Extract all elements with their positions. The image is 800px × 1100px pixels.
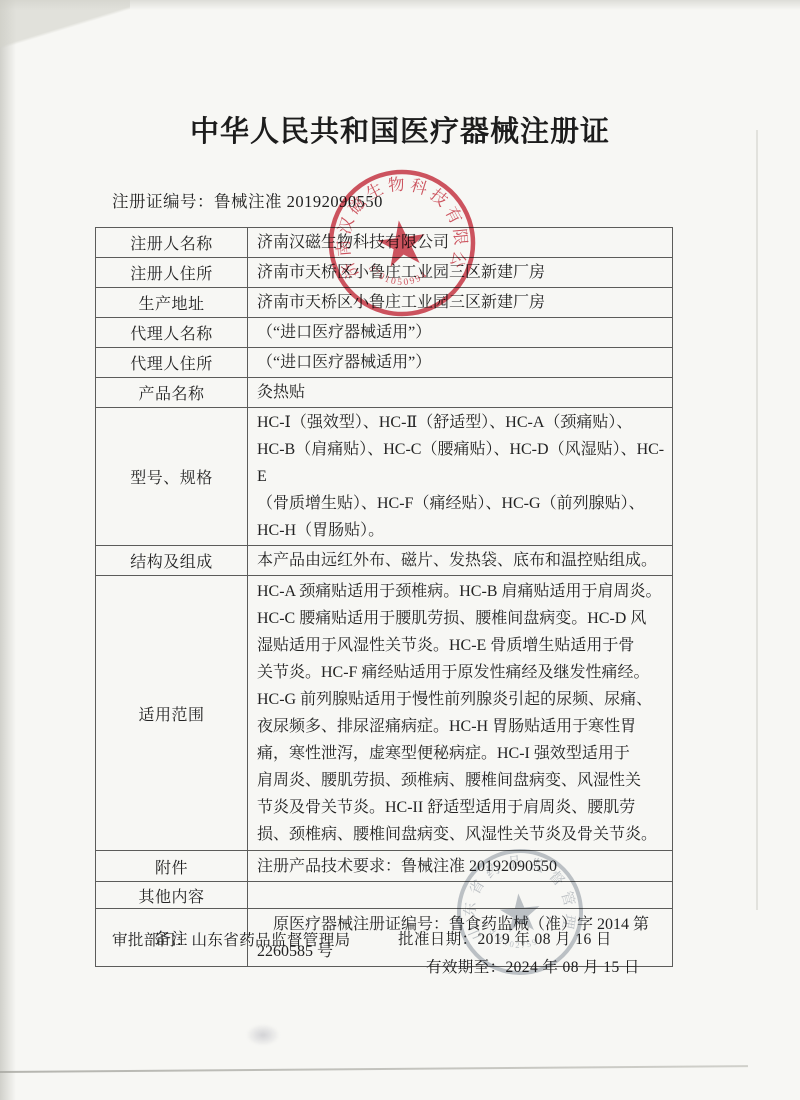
row-label-agent-address: 代理人住所 <box>96 348 248 378</box>
ink-smudge <box>246 1024 280 1046</box>
authority-seal: ★ 山东省药品监督管理局 370102759 <box>452 844 588 980</box>
row-label-attachment: 附件 <box>96 851 248 882</box>
scan-streak <box>756 130 758 910</box>
row-label-model-spec: 型号、规格 <box>96 408 248 546</box>
approval-department-line: 审批部门：山东省药品监督管理局 <box>112 928 351 950</box>
row-value-agent-address: （“进口医疗器械适用”） <box>248 348 673 378</box>
paper-corner-cut <box>0 0 130 70</box>
table-row: 结构及组成 本产品由远红外布、磁片、发热袋、底布和温控贴组成。 <box>96 546 673 576</box>
paper-crease-line <box>0 1065 748 1072</box>
certificate-title: 中华人民共和国医疗器械注册证 <box>0 109 800 150</box>
table-row: 适用范围 HC-A 颈痛贴适用于颈椎病。HC-B 肩痛贴适用于肩周炎。 HC-C… <box>96 576 673 851</box>
row-label-scope-of-application: 适用范围 <box>96 576 248 851</box>
row-label-registrant-address: 注册人住所 <box>96 258 248 288</box>
company-seal: ★ 济南汉磁生物科技有限公司 3701050994 <box>320 161 484 325</box>
row-label-registrant-name: 注册人名称 <box>96 228 248 258</box>
row-label-structure: 结构及组成 <box>96 546 248 576</box>
row-label-agent-name: 代理人名称 <box>96 318 248 348</box>
paper-edge-shadow-left <box>0 0 16 1100</box>
row-label-other-content: 其他内容 <box>96 882 248 909</box>
table-row: 代理人住所 （“进口医疗器械适用”） <box>96 348 673 378</box>
row-value-scope-of-application: HC-A 颈痛贴适用于颈椎病。HC-B 肩痛贴适用于肩周炎。 HC-C 腰痛贴适… <box>248 576 673 851</box>
table-row: 型号、规格 HC-Ⅰ（强效型）、HC-Ⅱ（舒适型）、HC-A（颈痛贴）、 HC-… <box>96 408 673 546</box>
row-label-production-address: 生产地址 <box>96 288 248 318</box>
row-value-product-name: 灸热贴 <box>248 378 673 408</box>
table-row: 产品名称 灸热贴 <box>96 378 673 408</box>
row-value-model-spec: HC-Ⅰ（强效型）、HC-Ⅱ（舒适型）、HC-A（颈痛贴）、 HC-B（肩痛贴）… <box>248 408 673 546</box>
row-label-product-name: 产品名称 <box>96 378 248 408</box>
row-value-structure: 本产品由远红外布、磁片、发热袋、底布和温控贴组成。 <box>248 546 673 576</box>
